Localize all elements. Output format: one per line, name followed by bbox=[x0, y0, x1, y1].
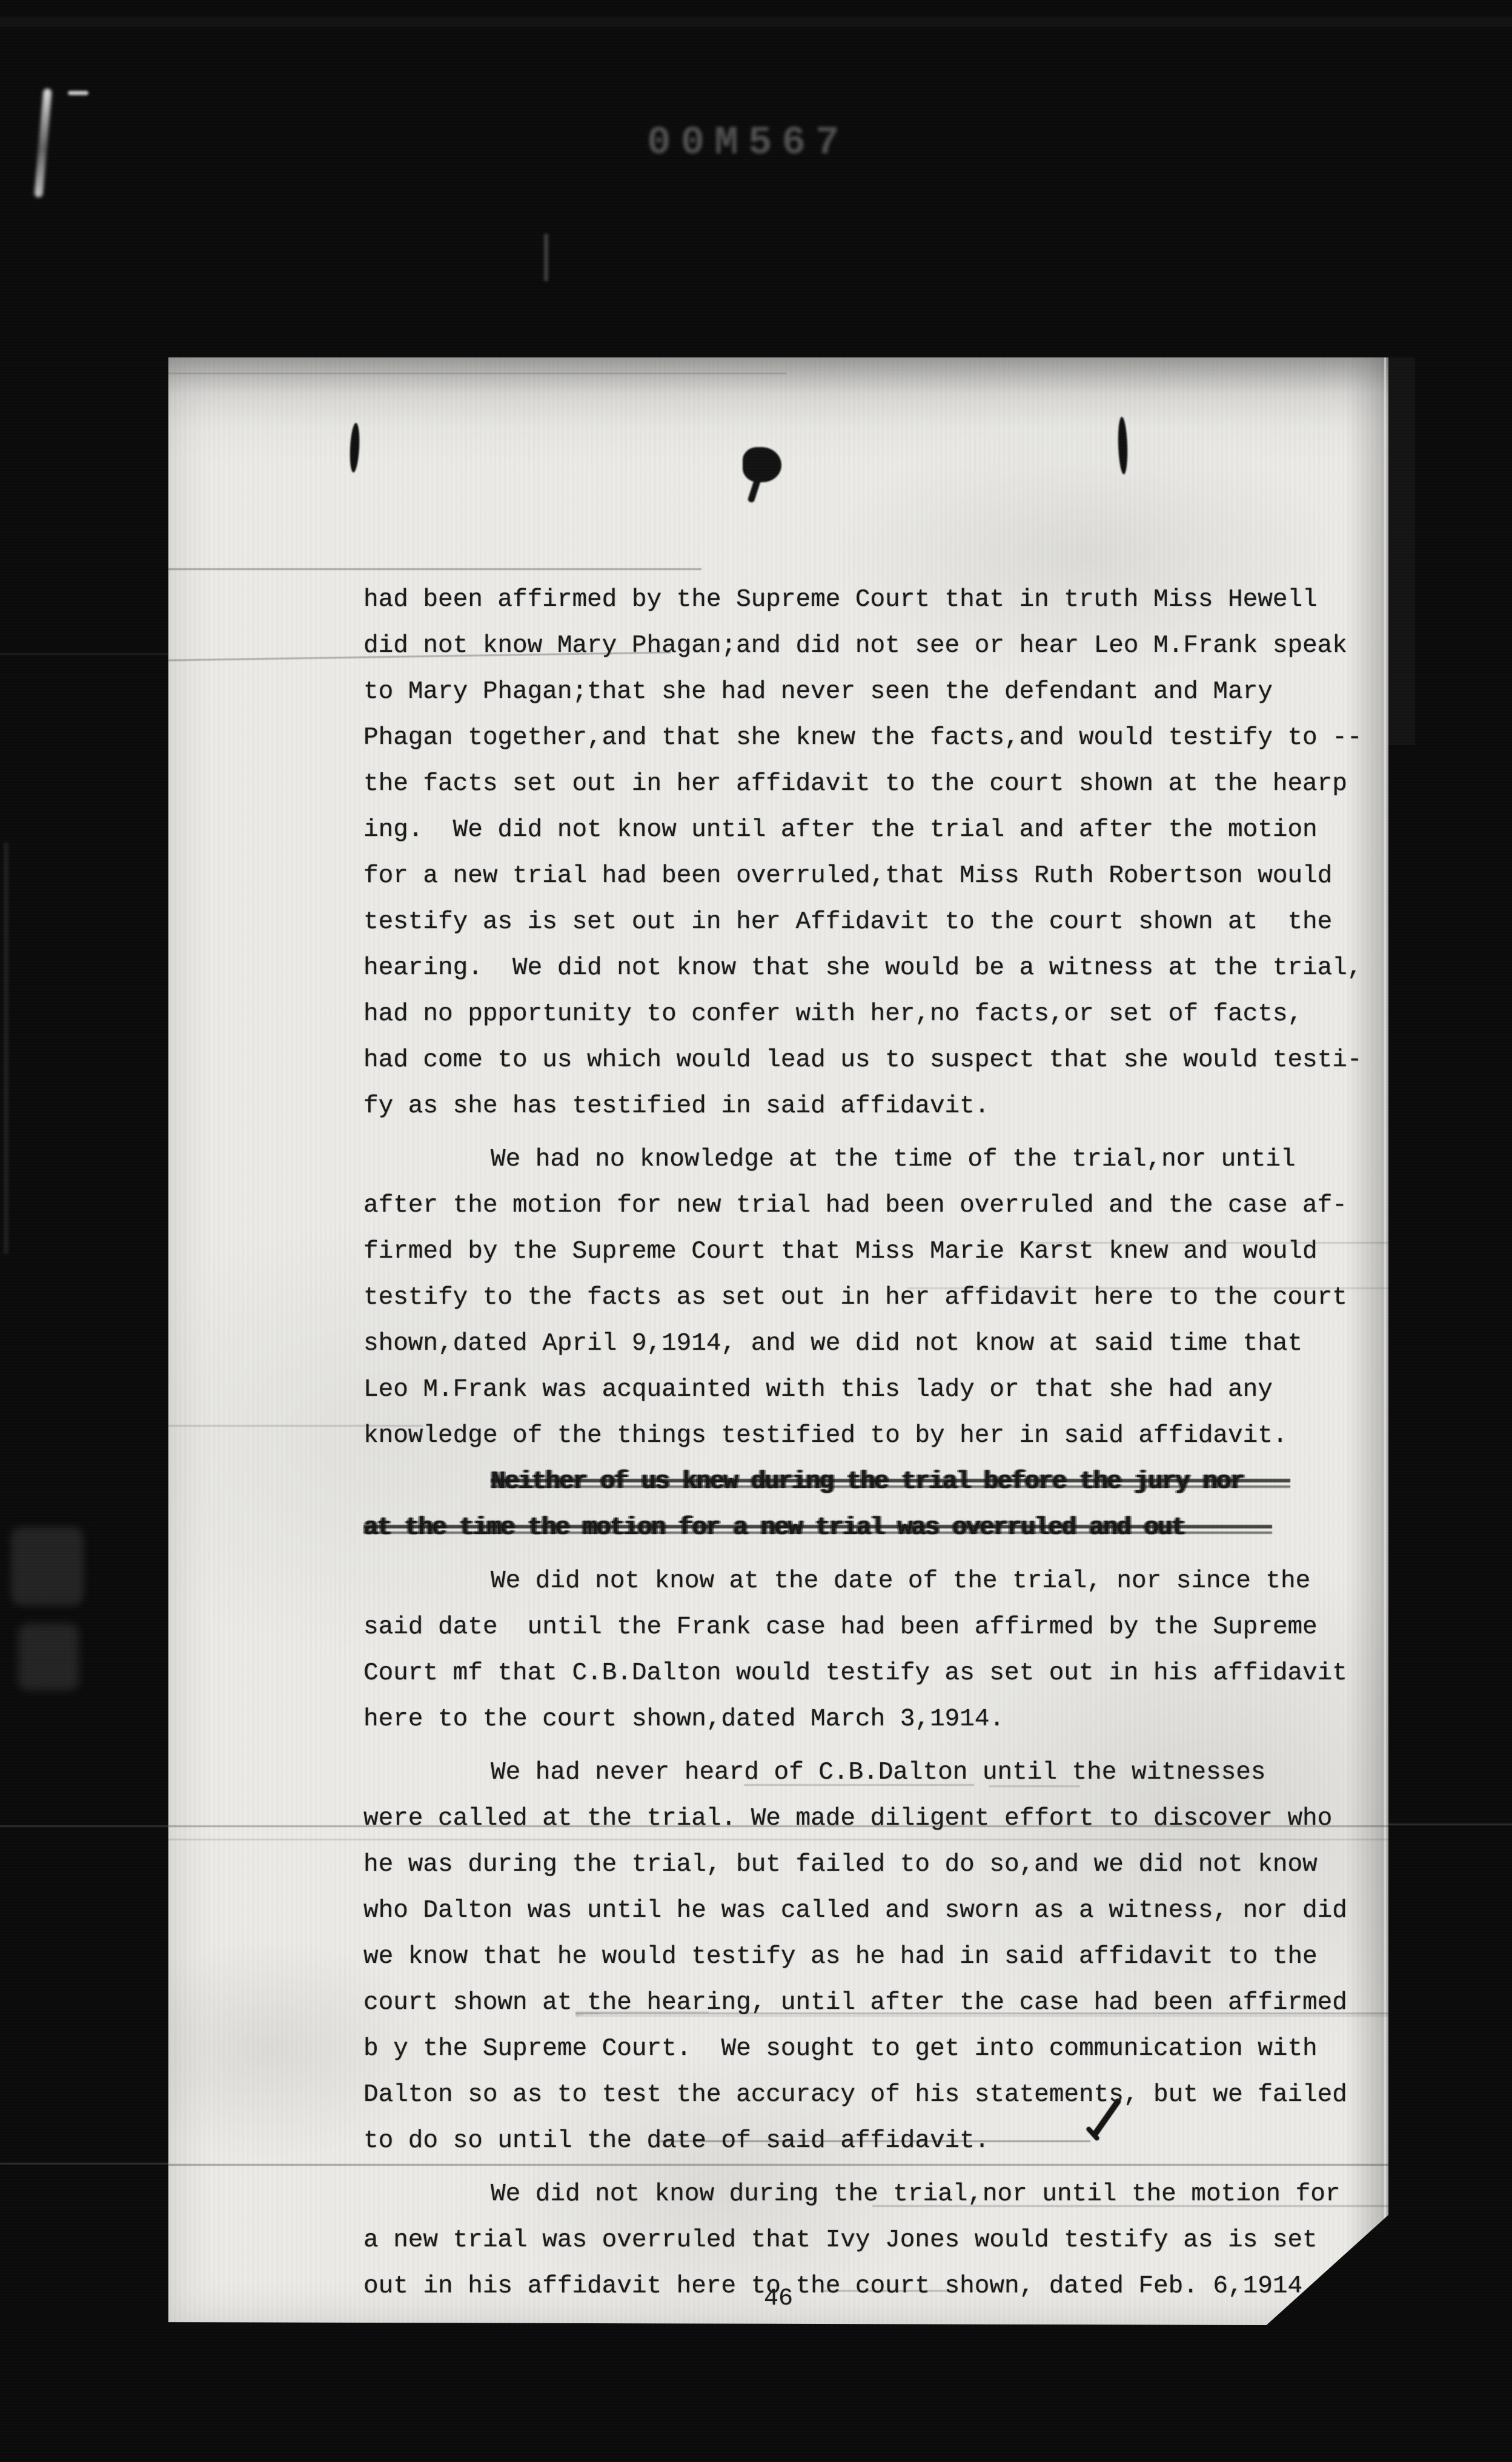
typewritten-line: Court mf that C.B.Dalton would testify a… bbox=[363, 1650, 1362, 1696]
typewritten-line: fy as she has testified in said affidavi… bbox=[363, 1083, 1362, 1129]
microfilm-scan-background: 00M567 bbox=[0, 0, 1512, 2462]
typewritten-line: who Dalton was until he was called and s… bbox=[363, 1888, 1362, 1934]
typewritten-line: we know that he would testify as he had … bbox=[363, 1934, 1362, 1980]
scanned-document-page: had been affirmed by the Supreme Court t… bbox=[168, 357, 1388, 2325]
typewritten-line: a new trial was overruled that Ivy Jones… bbox=[363, 2217, 1362, 2263]
page-number: 46 bbox=[168, 2285, 1388, 2312]
typewritten-line: here to the court shown,dated March 3,19… bbox=[363, 1696, 1362, 1742]
typewritten-line: testify as is set out in her Affidavit t… bbox=[363, 899, 1362, 945]
scratch-line bbox=[0, 2163, 168, 2165]
typewritten-line: did not know Mary Phagan;and did not see… bbox=[363, 623, 1362, 669]
typewritten-line: court shown at the hearing, until after … bbox=[363, 1980, 1362, 2026]
typewritten-line: We had never heard of C.B.Dalton until t… bbox=[363, 1750, 1362, 1796]
typewritten-line: were called at the trial. We made dilige… bbox=[363, 1796, 1362, 1842]
typewritten-line: had no ppportunity to confer with her,no… bbox=[363, 991, 1362, 1037]
crease-line bbox=[168, 568, 701, 570]
typewritten-line: Dalton so as to test the accuracy of his… bbox=[363, 2072, 1362, 2118]
film-blotch bbox=[11, 1527, 84, 1605]
typewritten-line: We did not know during the trial,nor unt… bbox=[363, 2171, 1362, 2217]
typewritten-line: ing. We did not know until after the tri… bbox=[363, 807, 1362, 853]
ink-speck-diamond bbox=[1117, 417, 1128, 474]
film-vertical-mark bbox=[544, 234, 548, 281]
typewritten-text: had been affirmed by the Supreme Court t… bbox=[363, 577, 1362, 2309]
ink-blob-mark bbox=[743, 447, 781, 482]
film-blotch bbox=[18, 1624, 79, 1690]
scratch-line bbox=[0, 653, 168, 655]
typewritten-line: We had no knowledge at the time of the t… bbox=[363, 1136, 1362, 1183]
typewritten-line: for a new trial had been overruled,that … bbox=[363, 853, 1362, 899]
typewritten-line: the facts set out in her affidavit to th… bbox=[363, 761, 1362, 807]
typewritten-line: he was during the trial, but failed to d… bbox=[363, 1842, 1362, 1888]
typewritten-line: hearing. We did not know that she would … bbox=[363, 945, 1362, 991]
crease-line bbox=[168, 373, 786, 374]
typewritten-line: b y the Supreme Court. We sought to get … bbox=[363, 2026, 1362, 2072]
typewritten-line: We did not know at the date of the trial… bbox=[363, 1558, 1362, 1604]
typewritten-line: said date until the Frank case had been … bbox=[363, 1604, 1362, 1650]
ink-specks bbox=[168, 357, 170, 359]
typewritten-line: shown,dated April 9,1914, and we did not… bbox=[363, 1321, 1362, 1367]
typewritten-line: testify to the facts as set out in her a… bbox=[363, 1275, 1362, 1321]
typewritten-line: Leo M.Frank was acquainted with this lad… bbox=[363, 1367, 1362, 1413]
paper-edge-highlight bbox=[1384, 357, 1386, 2325]
film-right-strip bbox=[1388, 357, 1415, 745]
typewritten-line: after the motion for new trial had been … bbox=[363, 1183, 1362, 1229]
typewritten-line: had come to us which would lead us to su… bbox=[363, 1037, 1362, 1083]
struck-typewritten-line: Neither of us knew during the trial befo… bbox=[363, 1459, 1362, 1505]
typewritten-line: knowledge of the things testified to by … bbox=[363, 1413, 1362, 1459]
struck-typewritten-line: at the time the motion for a new trial w… bbox=[363, 1505, 1362, 1551]
film-top-band bbox=[0, 17, 1512, 27]
typewritten-line: Phagan together,and that she knew the fa… bbox=[363, 715, 1362, 761]
scratch-line bbox=[0, 1825, 168, 1827]
film-edge-scratch bbox=[4, 842, 8, 1254]
typewritten-line: to do so until the date of said affidavi… bbox=[363, 2118, 1362, 2164]
film-scratch-streak bbox=[34, 88, 52, 198]
typewritten-line: had been affirmed by the Supreme Court t… bbox=[363, 577, 1362, 623]
film-scratch-dash bbox=[68, 91, 88, 95]
film-frame-number-stamp: 00M567 bbox=[647, 120, 849, 165]
typewritten-line: to Mary Phagan;that she had never seen t… bbox=[363, 669, 1362, 715]
typewritten-line: firmed by the Supreme Court that Miss Ma… bbox=[363, 1229, 1362, 1275]
ink-speck-diamond bbox=[349, 423, 360, 473]
scratch-line bbox=[1388, 1823, 1512, 1825]
